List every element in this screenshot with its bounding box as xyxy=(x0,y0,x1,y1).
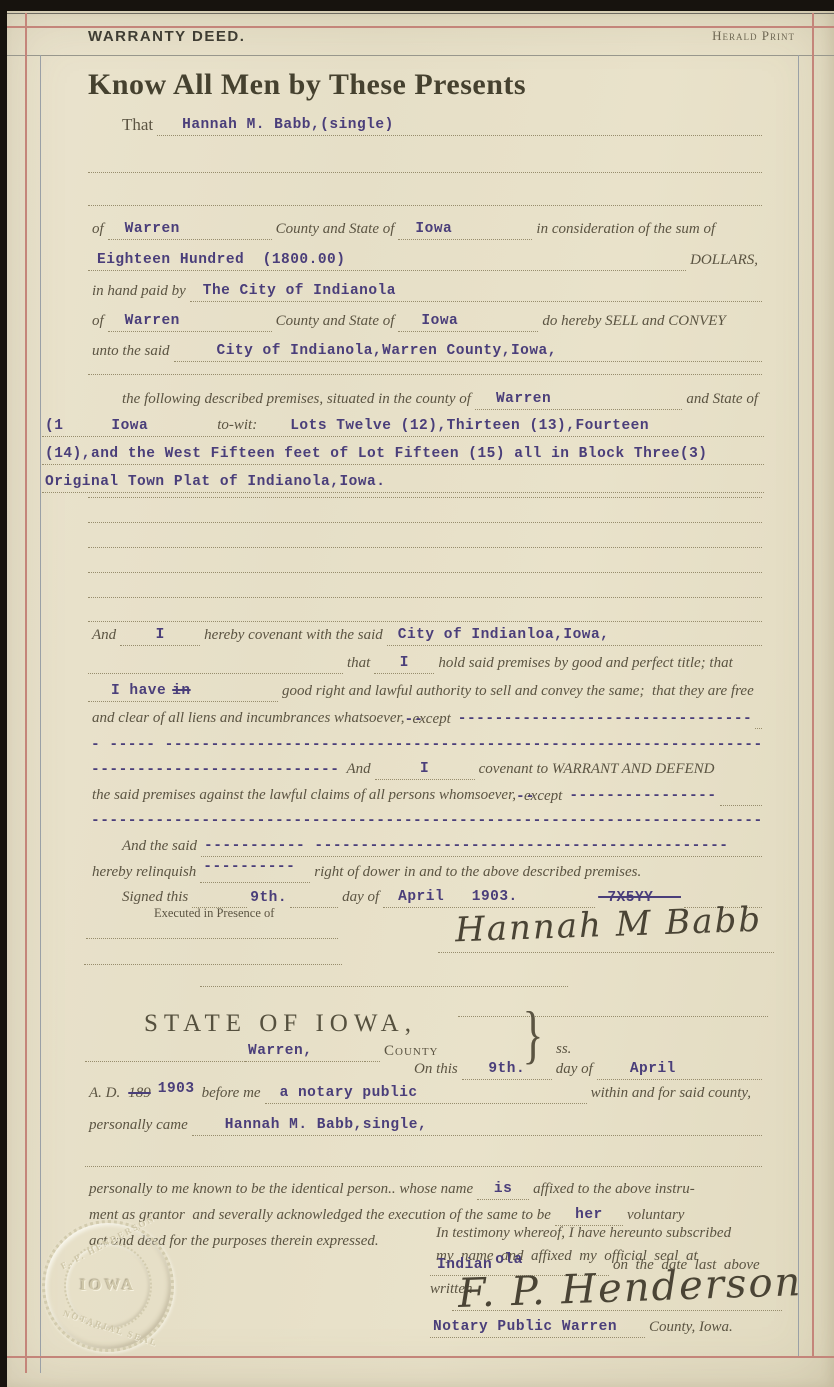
left-blue-rule xyxy=(40,55,41,1373)
her-entry: her xyxy=(555,1206,623,1226)
came-label: personally came xyxy=(85,1116,192,1136)
description-text-3: Original Town Plat of Indianola,Iowa. xyxy=(42,473,388,492)
blank-rule xyxy=(88,172,762,173)
unto-label: unto the said xyxy=(88,342,174,362)
her-value: her xyxy=(572,1206,606,1225)
and-label: And xyxy=(88,626,120,646)
affixed-label: affixed to the above instru- xyxy=(529,1180,699,1200)
premises-intro-label: the following described premises, situat… xyxy=(118,390,475,410)
left-red-rule xyxy=(25,13,27,1373)
relinquish-entry: ---------- xyxy=(200,859,310,883)
day-of-label-2: day of xyxy=(552,1060,597,1080)
liens-label: and clear of all liens and incumbrances … xyxy=(88,709,408,729)
dash-run-d: ----------- ----------------------------… xyxy=(201,837,731,856)
line-description-3: Original Town Plat of Indianola,Iowa. xyxy=(42,469,764,493)
state-value-2: Iowa xyxy=(418,312,461,331)
pronoun-entry-2: I xyxy=(374,654,434,674)
doc-type-label: WARRANTY DEED. xyxy=(88,28,245,45)
is-value: is xyxy=(491,1180,515,1199)
officer-value: a notary public xyxy=(277,1084,421,1103)
except-overstruck-1: except ------- xyxy=(408,710,454,729)
notary-title-value: Notary Public Warren xyxy=(430,1318,620,1337)
dash-line-2: ----------------------------------------… xyxy=(88,812,762,831)
scanned-warranty-deed: WARRANTY DEED. Herald Print Know All Men… xyxy=(0,0,834,1387)
line-ad-before: A. D. 189 1903 before me a notary public… xyxy=(85,1080,762,1104)
presence-label: Executed in Presence of xyxy=(150,906,278,923)
known-label: personally to me known to be the identic… xyxy=(85,1180,477,1200)
dash-line-1: - ----- --------------------------------… xyxy=(88,736,762,755)
line-personally-came: personally came Hannah M. Babb,single, xyxy=(85,1112,762,1136)
blank-rule xyxy=(88,597,762,598)
pronoun-entry-1: I xyxy=(120,626,200,646)
line-liens: and clear of all liens and incumbrances … xyxy=(88,705,762,729)
of-label-2: of xyxy=(88,312,108,332)
dash-run-a: -------------------------------- xyxy=(455,710,755,729)
line-paid-by: in hand paid by The City of Indianola xyxy=(88,278,762,302)
line-grantee: unto the said City of Indianola,Warren C… xyxy=(88,338,762,362)
is-entry: is xyxy=(477,1180,529,1200)
on-this-label: On this xyxy=(410,1060,462,1080)
warrant-label: covenant to WARRANT AND DEFEND xyxy=(475,760,719,780)
grantor-signature-rule xyxy=(438,952,774,953)
description-text-1: Lots Twelve (12),Thirteen (13),Fourteen xyxy=(287,417,652,436)
i-have-entry: I have in xyxy=(88,682,278,702)
witness-rule-2 xyxy=(84,964,342,965)
pronoun-entry-3: I xyxy=(375,760,475,780)
right-red-rule xyxy=(812,13,814,1358)
blank-rule xyxy=(458,1016,768,1017)
payer-value: The City of Indianola xyxy=(200,282,399,301)
amount-entry: Eighteen Hundred (1800.00) xyxy=(88,251,686,271)
before-me-label: before me xyxy=(198,1084,265,1104)
claims-label: the said premises against the lawful cla… xyxy=(88,786,520,806)
notary-day-entry: 9th. xyxy=(462,1060,552,1080)
header-divider-rule xyxy=(7,55,834,56)
overstrike-dashes-1: ------- xyxy=(404,705,454,728)
notary-county-entry: Warren, xyxy=(245,1042,365,1062)
covenant-label: hereby covenant with the said xyxy=(200,626,387,646)
blank-rule xyxy=(88,205,762,206)
line-county-state-1: of Warren County and State of Iowa in co… xyxy=(88,216,762,240)
line-and-said: And the said ----------- ---------------… xyxy=(118,833,762,857)
line-claims: the said premises against the lawful cla… xyxy=(88,782,762,806)
day-of-label: day of xyxy=(338,888,383,908)
within-county-label: within and for said county, xyxy=(587,1084,755,1104)
seal-center-text: IOWA xyxy=(80,1277,136,1295)
description-text-2: (14),and the West Fifteen feet of Lot Fi… xyxy=(42,445,711,464)
county-entry: Warren xyxy=(108,220,272,240)
page-title: Know All Men by These Presents xyxy=(88,68,526,102)
notary-signature-rule xyxy=(452,1310,782,1311)
ad-struck-digits: 189 xyxy=(124,1084,155,1104)
pronoun-3: I xyxy=(417,760,432,779)
struck-word: in xyxy=(169,682,193,701)
line-premises-intro: the following described premises, situat… xyxy=(118,386,762,410)
line-amount: Eighteen Hundred (1800.00) DOLLARS, xyxy=(88,247,762,271)
blank-rule xyxy=(88,572,762,573)
description-entry-1: (1 Iowa to-wit: Lots Twelve (12),Thirtee… xyxy=(42,416,764,437)
state-header: STATE OF IOWA, xyxy=(140,1008,421,1040)
grantor-name: Hannah M. Babb,(single) xyxy=(179,116,397,135)
and-state-label: and State of xyxy=(682,390,762,410)
of-label: of xyxy=(88,220,108,240)
except-overstruck-2: except ------- xyxy=(520,787,566,806)
blank-rule xyxy=(88,522,762,523)
pronoun-2: I xyxy=(397,654,412,673)
bottom-red-rule xyxy=(7,1356,834,1358)
blank-rule xyxy=(88,374,762,375)
premises-state-value: Iowa xyxy=(108,417,151,436)
printer-credit: Herald Print xyxy=(655,28,795,44)
line-description-1: (1 Iowa to-wit: Lots Twelve (12),Thirtee… xyxy=(42,413,764,437)
line-on-this: On this 9th. day of April xyxy=(410,1056,762,1080)
to-wit-label: to-wit: xyxy=(213,416,261,436)
line-warrant: --------------------------- And I covena… xyxy=(88,756,762,780)
county-state-label-2: County and State of xyxy=(272,312,399,332)
premises-county-entry: Warren xyxy=(475,390,682,410)
that-label: That xyxy=(118,114,157,136)
line-description-2: (14),and the West Fifteen feet of Lot Fi… xyxy=(42,441,764,465)
line-known: personally to me known to be the identic… xyxy=(85,1176,775,1200)
place-value-raised: ola xyxy=(495,1252,526,1270)
county-value-2: Warren xyxy=(122,312,183,331)
grantor-entry: Hannah M. Babb,(single) xyxy=(157,116,762,136)
covenantee-value: City of Indianloa,Iowa, xyxy=(395,626,613,645)
ad-label: A. D. xyxy=(85,1084,124,1104)
right-blue-rule xyxy=(798,55,799,1358)
line-relinquish: hereby relinquish ---------- right of do… xyxy=(88,859,762,883)
line-covenant: And I hereby covenant with the said City… xyxy=(88,622,762,646)
authority-label: good right and lawful authority to sell … xyxy=(278,682,758,702)
county-iowa-label: County, Iowa. xyxy=(645,1318,737,1338)
blank-rule xyxy=(85,1166,762,1167)
line-county-state-2: of Warren County and State of Iowa do he… xyxy=(88,308,762,332)
notarial-seal: F. P. HENDERSON IOWA NOTARIAL SEAL xyxy=(42,1220,174,1352)
line-dashes-1: - ----- --------------------------------… xyxy=(88,731,762,755)
premises-county-value: Warren xyxy=(493,390,554,409)
line-notary-title: Notary Public Warren County, Iowa. xyxy=(430,1314,780,1338)
month-year-entry: April 1903. xyxy=(383,888,595,908)
state-entry: Iowa xyxy=(398,220,532,240)
blank-rule xyxy=(88,547,762,548)
overstrike-dashes-2: ------- xyxy=(516,782,566,805)
and-label-2: And xyxy=(342,760,374,780)
description-entry-2: (14),and the West Fifteen feet of Lot Fi… xyxy=(42,445,764,465)
i-have-typed: I have xyxy=(108,682,169,701)
hold-title-label: hold said premises by good and perfect t… xyxy=(434,654,736,674)
line-dashes-2: ----------------------------------------… xyxy=(88,807,762,831)
appearer-entry: Hannah M. Babb,single, xyxy=(192,1116,762,1136)
blank-rule xyxy=(88,497,762,498)
blank-rule xyxy=(200,986,568,987)
witness-rule-1 xyxy=(86,938,338,939)
line-authority: I have in good right and lawful authorit… xyxy=(88,678,762,702)
county-value: Warren xyxy=(122,220,183,239)
officer-entry: a notary public xyxy=(265,1084,587,1104)
notary-title-entry: Notary Public Warren xyxy=(430,1318,645,1338)
consideration-label: in consideration of the sum of xyxy=(532,220,719,240)
ad-year-typed: 1903 xyxy=(155,1080,198,1099)
relinquish-label: hereby relinquish xyxy=(88,863,200,883)
paid-by-label: in hand paid by xyxy=(88,282,190,302)
grantor-signature: Hannah M Babb xyxy=(455,903,763,948)
line-grantor-ack: ment as grantor and severally acknowledg… xyxy=(85,1202,775,1226)
state-value: Iowa xyxy=(412,220,455,239)
pronoun-1: I xyxy=(153,626,168,645)
notary-day-value: 9th. xyxy=(485,1060,528,1079)
and-said-entry: ----------- ----------------------------… xyxy=(201,837,762,857)
county-state-label: County and State of xyxy=(272,220,399,240)
dash-run-e: ---------- xyxy=(200,859,298,877)
amount-value: Eighteen Hundred (1800.00) xyxy=(94,251,348,270)
appearer-value: Hannah M. Babb,single, xyxy=(222,1116,430,1135)
notary-month-entry: April xyxy=(597,1060,762,1080)
dash-run-c: ---------------- xyxy=(566,787,719,806)
notary-county-value: Warren, xyxy=(245,1042,315,1061)
and-said-label: And the said xyxy=(118,837,201,857)
top-gray-rule xyxy=(7,13,834,14)
dower-label: right of dower in and to the above descr… xyxy=(310,863,645,883)
covenantee-entry: City of Indianloa,Iowa, xyxy=(387,626,762,646)
grantee-entry: City of Indianola,Warren County,Iowa, xyxy=(174,342,763,362)
notary-signature: F. P. Henderson xyxy=(457,1262,802,1314)
margin-note: (1 xyxy=(42,417,66,436)
month-year-value: April 1903. xyxy=(395,888,521,907)
description-entry-3: Original Town Plat of Indianola,Iowa. xyxy=(42,473,764,493)
testimony-line-1: In testimony whereof, I have hereunto su… xyxy=(432,1224,735,1244)
dash-run-b: --------------------------- xyxy=(88,761,342,780)
grantee-value: City of Indianola,Warren County,Iowa, xyxy=(214,342,560,361)
state-entry-2: Iowa xyxy=(398,312,538,332)
dollars-label: DOLLARS, xyxy=(686,251,762,271)
county-entry-2: Warren xyxy=(108,312,272,332)
payer-entry: The City of Indianola xyxy=(190,282,762,302)
sell-convey-label: do hereby SELL and CONVEY xyxy=(538,312,729,332)
line-grantor: That Hannah M. Babb,(single) xyxy=(118,110,762,136)
line-hold-title: that I hold said premises by good and pe… xyxy=(88,650,762,674)
that-label-2: that xyxy=(343,654,374,674)
notary-month-value: April xyxy=(627,1060,679,1079)
